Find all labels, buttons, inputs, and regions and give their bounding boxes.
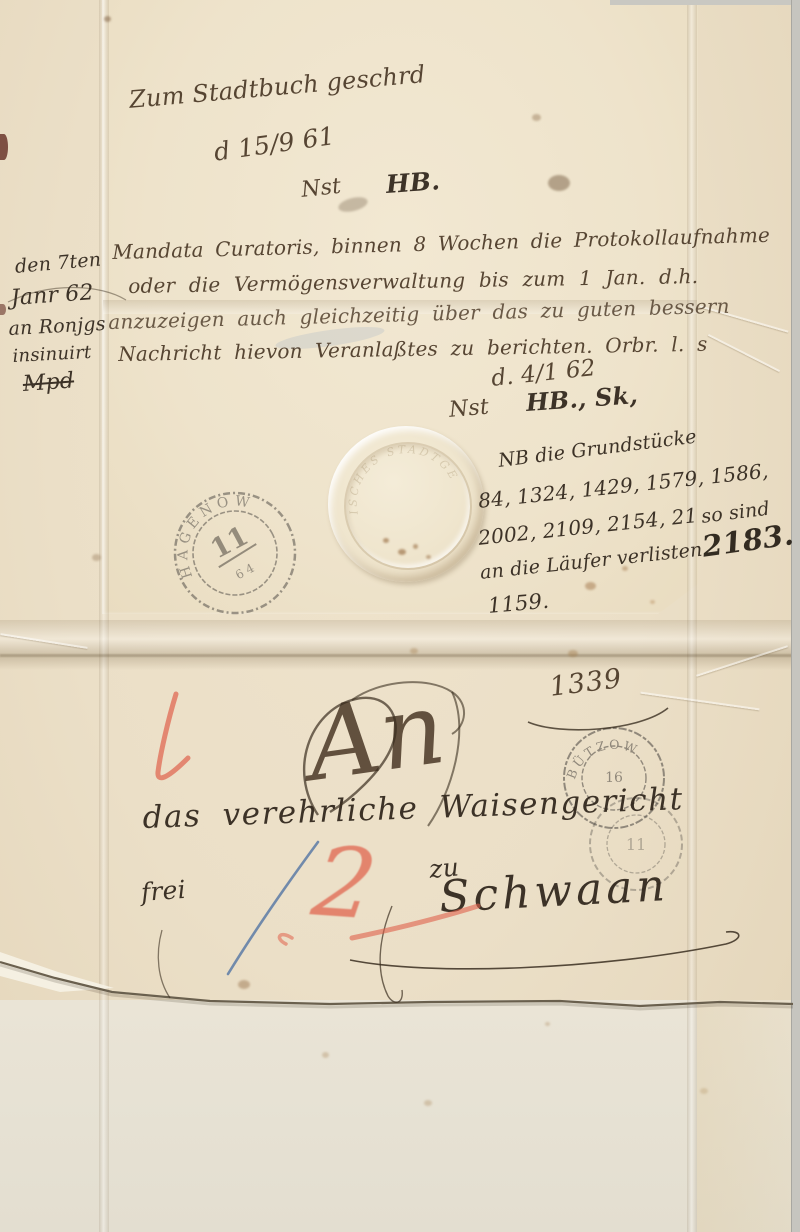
letter-scan: ISCHES STADTGE HAGENOW 11 6 4 BÜTZOW 16 … [0, 0, 800, 1232]
top-note-initials: HB. [385, 166, 441, 199]
margin-note-paraph: Mpd [22, 368, 75, 397]
margin-note-line: insinuirt [12, 342, 92, 367]
body-attestation: Nst [448, 395, 490, 423]
top-note-attestation: Nst [300, 174, 342, 203]
torn-edge [0, 962, 793, 1006]
torn-paper-highlight [0, 952, 114, 992]
franking-note: frei [140, 875, 187, 907]
salutation-an: An [300, 669, 452, 804]
